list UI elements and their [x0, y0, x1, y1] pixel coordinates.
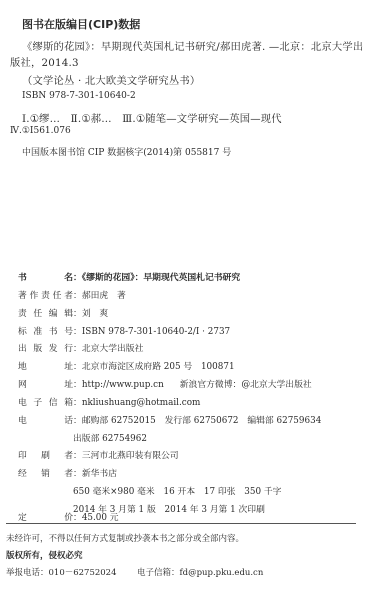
cip-isbn: ISBN 978-7-301-10640-2	[22, 91, 136, 101]
colophon-row-email: 电子信箱：nkliushuang@hotmail.com	[18, 395, 200, 408]
cip-title-line: 《缪斯的花园》：早期现代英国札记书研究/郝田虎著. —北京：北京大学出	[22, 38, 363, 53]
colophon-row-address: 地 址：北京市海淀区成府路 205 号 100871	[18, 359, 235, 372]
colophon-row-editor: 责任编辑：刘 爽	[18, 306, 108, 319]
cip-classification-cont: Ⅳ.①I561.076	[10, 126, 71, 136]
colophon-row-distributor: 经 销 者：新华书店	[18, 466, 117, 479]
colophon-row-author: 著作责任者：郝田虎 著	[18, 288, 126, 301]
report-email[interactable]: 电子信箱：fd@pup.pku.edu.cn	[137, 566, 263, 578]
cip-heading: 图书在版编目(CIP)数据	[22, 16, 140, 32]
colophon-row-printer: 印 刷 者：三河市北燕印装有限公司	[18, 448, 179, 461]
cip-classification: Ⅰ.①缪… Ⅱ.①郝… Ⅲ.①随笔—文学研究—英国—现代	[22, 110, 282, 125]
colophon-row-phone: 电 话：邮购部 62752015 发行部 62750672 编辑部 627596…	[18, 413, 321, 426]
colophon-row-isbn: 标准书号：ISBN 978-7-301-10640-2/I · 2737	[18, 324, 230, 337]
cip-title-line-cont: 版社，2014.3	[10, 54, 79, 69]
report-phone: 举报电话：010－62752024	[6, 566, 117, 578]
copyright-notice: 未经许可，不得以任何方式复制或抄袭本书之部分或全部内容。	[6, 532, 244, 544]
divider	[6, 523, 356, 524]
colophon-row-price: 定 价：45.00 元	[18, 510, 119, 523]
weibo-account: 新浪官方微博：@北京大学出版社	[180, 380, 312, 390]
colophon-row-title: 书 名：《缪斯的花园》：早期现代英国札记书研究	[18, 270, 240, 283]
email-link[interactable]: nkliushuang@hotmail.com	[82, 398, 201, 408]
cip-record-number: 中国版本图书馆 CIP 数据核字(2014)第 055817 号	[22, 145, 231, 158]
colophon-row-publisher: 出版发行：北京大学出版社	[18, 341, 143, 354]
colophon-row-phone-cont: 出版部 62754962	[73, 431, 147, 444]
colophon-row-format: 650 毫米×980 毫米 16 开本 17 印张 350 千字	[73, 484, 281, 497]
website-link[interactable]: http://www.pup.cn	[82, 380, 164, 390]
rights-reserved: 版权所有，侵权必究	[6, 549, 83, 561]
cip-series: （文学论丛 · 北大欧美文学研究丛书）	[22, 72, 200, 87]
colophon-row-website: 网 址：http://www.pup.cn新浪官方微博：@北京大学出版社	[18, 377, 312, 390]
